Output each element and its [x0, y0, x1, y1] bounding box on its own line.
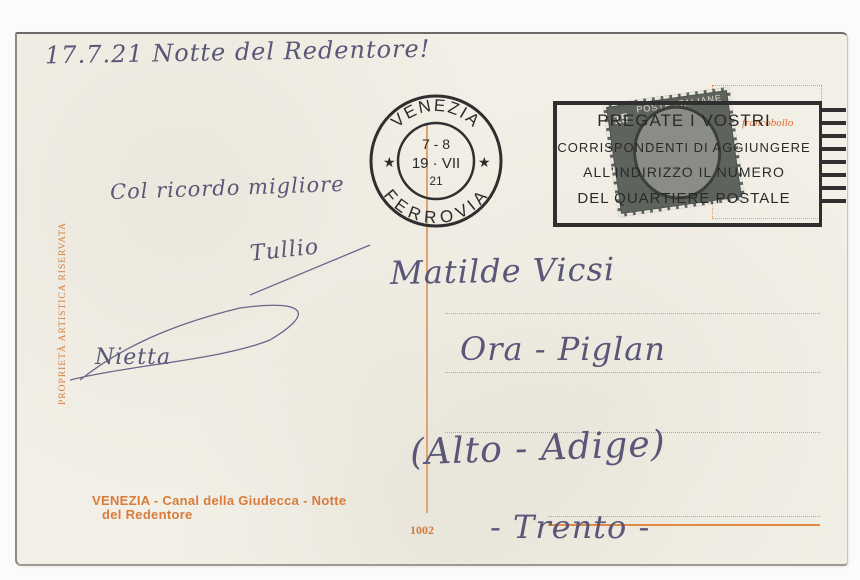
svg-text:VENEZIA: VENEZIA	[387, 96, 484, 132]
postmark-date: 19 · VII	[412, 155, 460, 172]
copyright-notice: PROPRIETÀ ARTISTICA RISERVATA	[58, 222, 68, 405]
serial-number: 1002	[410, 523, 434, 538]
slogan-line-3: ALL'INDIRIZZO IL NUMERO	[553, 164, 815, 181]
slogan-line-2: CORRISPONDENTI DI AGGIUNGERE	[553, 139, 815, 156]
postmark-hour: 7 - 8	[422, 136, 450, 152]
cancel-wavy-bars	[820, 108, 846, 212]
recipient-province: - Trento -	[490, 508, 650, 546]
postmark-top-text: VENEZIA	[387, 96, 484, 132]
star-icon: ★	[478, 154, 491, 170]
postmark-year: 21	[429, 174, 443, 188]
caption-line-2: del Redentore	[92, 508, 346, 522]
star-icon: ★	[383, 154, 396, 170]
image-caption: VENEZIA - Canal della Giudecca - Notte d…	[92, 494, 346, 522]
slogan-line-1: PREGATE I VOSTRI	[553, 112, 815, 129]
slogan-line-4: DEL QUARTIERE POSTALE	[553, 190, 815, 207]
circular-postmark: VENEZIA FERROVIA ★ ★ 7 - 8 19 · VII 21	[368, 93, 504, 229]
caption-line-1: VENEZIA - Canal della Giudecca - Notte	[92, 493, 346, 508]
address-line-2	[445, 372, 820, 373]
svg-text:FERROVIA: FERROVIA	[380, 186, 492, 228]
recipient-name: Matilde Vicsi	[390, 250, 616, 292]
signature-flourish	[70, 240, 400, 400]
postmark-bottom-text: FERROVIA	[380, 186, 492, 228]
address-line-1	[445, 313, 820, 314]
recipient-town: Ora - Piglan	[460, 330, 666, 368]
